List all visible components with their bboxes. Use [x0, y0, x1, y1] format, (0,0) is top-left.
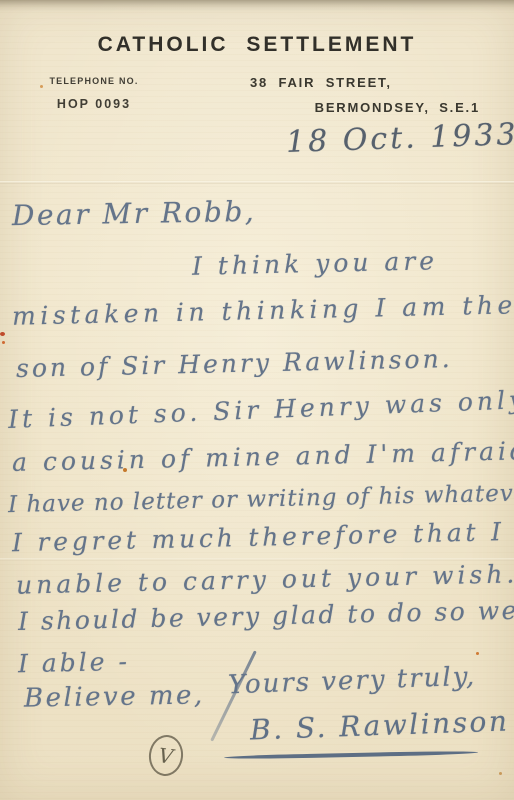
body-line: a cousin of mine and I'm afraid [12, 437, 514, 476]
address-block: 38 FAIR STREET, BERMONDSEY, S.E.1 [250, 75, 480, 115]
body-line: son of Sir Henry Rawlinson. [16, 345, 453, 382]
circled-annotation-letter: V [157, 743, 174, 769]
foxing-speck [499, 772, 502, 775]
handwritten-date: 18 Oct. 1933 [285, 118, 514, 159]
salutation: Dear Mr Robb, [12, 197, 257, 232]
foxing-speck [476, 652, 479, 655]
body-line: mistaken in thinking I am the [12, 291, 514, 330]
address-line-2: BERMONDSEY, S.E.1 [250, 100, 480, 115]
body-line: I able - [18, 648, 131, 678]
body-line: I think you are [192, 247, 439, 280]
paper-crease-upper [0, 181, 514, 184]
closing-left: Believe me, [24, 681, 205, 713]
telephone-number: HOP 0093 [34, 97, 154, 111]
circled-annotation: V [147, 733, 186, 778]
scan-edge-shadow [0, 0, 514, 12]
body-line: I have no letter or writing of his whate… [8, 481, 514, 519]
foxing-speck [2, 341, 5, 344]
letterhead-title: CATHOLIC SETTLEMENT [0, 33, 514, 57]
signature-underline [224, 750, 478, 759]
closing-right: Yours very truly, [228, 663, 477, 700]
letter-page: CATHOLIC SETTLEMENT Telephone No. HOP 00… [0, 0, 514, 800]
body-line: unable to carry out your wish. [16, 560, 514, 599]
telephone-label: Telephone No. [34, 76, 154, 86]
body-line: It is not so. Sir Henry was only [8, 386, 514, 433]
address-line-1: 38 FAIR STREET, [250, 75, 480, 90]
body-line: I should be very glad to do so were [18, 596, 514, 636]
foxing-speck [0, 332, 5, 336]
signature: B. S. Rawlinson [250, 706, 510, 746]
body-line: I regret much therefore that I am [12, 517, 514, 557]
telephone-block: Telephone No. HOP 0093 [34, 76, 154, 111]
